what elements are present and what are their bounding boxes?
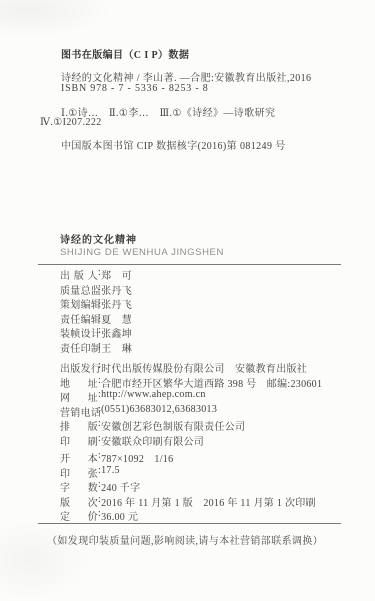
row-value: 张丹飞 xyxy=(101,296,132,311)
row-value: 240 千字 xyxy=(101,479,140,494)
publisher-info-block: 出版发行:时代出版传媒股份有限公司 安徽教育出版社 地址:合肥市经开区繁华大道西… xyxy=(60,360,322,448)
colophon-row: 排版:安徽创艺彩色制版有限责任公司 xyxy=(60,418,322,433)
row-value: 王 琳 xyxy=(101,340,132,355)
colophon-row: 责任印制:王 琳 xyxy=(60,340,132,355)
print-specs-block: 开本:787×1092 1/16 印张:17.5 字数:240 千字 版次:20… xyxy=(60,450,316,523)
row-value: 36.00 元 xyxy=(101,508,138,523)
colophon-row: 质量总监:张丹飞 xyxy=(60,282,132,297)
colophon-row: 开本:787×1092 1/16 xyxy=(60,450,316,465)
row-label: 排版 xyxy=(60,418,98,433)
row-value: 2016 年 11 月第 1 版 2016 年 11 月第 1 次印刷 xyxy=(101,494,316,509)
colophon-row: 出版人:郑 可 xyxy=(60,267,132,282)
row-label: 出版人 xyxy=(60,267,98,282)
colophon-row: 字数:240 千字 xyxy=(60,479,316,494)
row-label: 印张 xyxy=(60,465,98,480)
cip-classification-line2: Ⅳ.①I207.222 xyxy=(40,117,102,128)
row-value: 张鑫坤 xyxy=(101,325,132,340)
colophon-row: 版次:2016 年 11 月第 1 版 2016 年 11 月第 1 次印刷 xyxy=(60,494,316,509)
row-label: 版次 xyxy=(60,494,98,509)
row-value: 合肥市经开区繁华大道西路 398 号 邮编:230601 xyxy=(101,375,322,390)
row-label: 字数 xyxy=(60,479,98,494)
colophon-row: 印张:17.5 xyxy=(60,465,316,480)
cip-record: 诗经的文化精神 / 李山著. —合肥:安徽教育出版社,2016 xyxy=(61,69,311,84)
row-value: 安徽联众印刷有限公司 xyxy=(101,433,204,448)
cip-registry-number: 中国版本图书馆 CIP 数据核字(2016)第 081249 号 xyxy=(61,137,286,152)
book-title: 诗经的文化精神 xyxy=(60,231,137,246)
row-label: 网址 xyxy=(60,389,98,404)
row-label: 装帧设计 xyxy=(60,325,98,340)
row-value: 时代出版传媒股份有限公司 安徽教育出版社 xyxy=(101,360,307,375)
colophon-row: 营销电话:(0551)63683012,63683013 xyxy=(60,404,322,419)
cip-header: 图书在版编目（C I P）数据 xyxy=(61,46,189,61)
row-value: 787×1092 1/16 xyxy=(101,450,173,465)
row-value: (0551)63683012,63683013 xyxy=(101,404,217,415)
row-value: 郑 可 xyxy=(101,267,132,282)
row-label: 营销电话 xyxy=(60,404,98,419)
colophon-row: 出版发行:时代出版传媒股份有限公司 安徽教育出版社 xyxy=(60,360,322,375)
row-value: 张丹飞 xyxy=(101,282,132,297)
quality-notice: （如发现印装质量问题,影响阅读,请与本社营销部联系调换） xyxy=(47,532,323,547)
row-label: 定价 xyxy=(60,508,98,523)
cip-isbn: ISBN 978 - 7 - 5336 - 8253 - 8 xyxy=(61,83,209,94)
row-label: 印刷 xyxy=(60,433,98,448)
row-value: 安徽创艺彩色制版有限责任公司 xyxy=(101,418,245,433)
colophon-row: 地址:合肥市经开区繁华大道西路 398 号 邮编:230601 xyxy=(60,375,322,390)
colophon-row: 策划编辑:张丹飞 xyxy=(60,296,132,311)
row-label: 责任编辑 xyxy=(60,311,98,326)
row-value: 17.5 xyxy=(101,465,120,476)
colophon-row: 责任编辑:夏 慧 xyxy=(60,311,132,326)
row-label: 出版发行 xyxy=(60,360,98,375)
row-value website-url: http://www.ahep.com.cn xyxy=(101,389,206,400)
colophon-row: 印刷:安徽联众印刷有限公司 xyxy=(60,433,322,448)
row-label: 责任印制 xyxy=(60,340,98,355)
row-label: 质量总监 xyxy=(60,282,98,297)
row-label: 开本 xyxy=(60,450,98,465)
row-label: 地址 xyxy=(60,375,98,390)
row-label: 策划编辑 xyxy=(60,296,98,311)
row-value: 夏 慧 xyxy=(101,311,132,326)
copyright-page: 图书在版编目（C I P）数据 诗经的文化精神 / 李山著. —合肥:安徽教育出… xyxy=(0,0,375,601)
colophon-row: 网址:http://www.ahep.com.cn xyxy=(60,389,322,404)
divider-bottom xyxy=(38,523,341,524)
divider-top xyxy=(38,264,341,265)
staff-credits-block: 出版人:郑 可 质量总监:张丹飞 策划编辑:张丹飞 责任编辑:夏 慧 装帧设计:… xyxy=(60,267,132,355)
colophon-row: 装帧设计:张鑫坤 xyxy=(60,325,132,340)
book-title-pinyin: SHIJING DE WENHUA JINGSHEN xyxy=(60,247,224,258)
colophon-row: 定价:36.00 元 xyxy=(60,508,316,523)
